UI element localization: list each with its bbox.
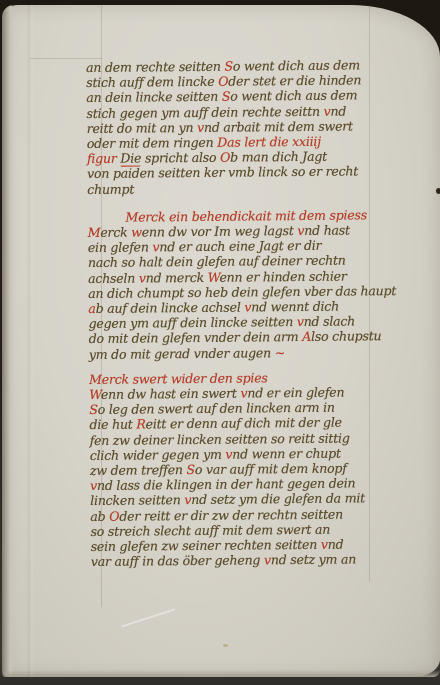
ink-text: gegen ym auff dein lincke seitten <box>88 314 296 331</box>
ink-text: ein glefen <box>88 240 153 256</box>
manuscript-text-line: var auff in das öber geheng vnd setz ym … <box>91 551 407 569</box>
ink-text: nd <box>328 537 344 552</box>
manuscript-text-line: lincken seitten vnd setz ym die glefen d… <box>90 490 406 508</box>
ink-text: an dein lincke seitten <box>86 89 222 105</box>
ink-text: ym do mit gerad vnder augen <box>89 345 275 362</box>
rubric-text: ~ <box>275 345 285 360</box>
ink-text: var auff in das öber geheng <box>91 553 264 570</box>
ink-text: nd er ein glefen <box>247 385 344 401</box>
ink-text: der stet er die hinden <box>228 73 361 89</box>
ink-text: von paiden seitten ker vmb linck so er r… <box>87 164 358 182</box>
ink-text: b auf dein lincke achsel <box>96 300 245 316</box>
page-stack-edge <box>2 5 14 677</box>
ink-text: erck <box>100 225 131 240</box>
ink-text: o var auff mit dem knopf <box>195 461 347 477</box>
ink-text: lincken seitten <box>90 493 184 509</box>
heading-spiess: Merck ein behendickait mit dem spiess <box>125 207 403 225</box>
ink-text: nd slach <box>304 314 355 329</box>
stain-speck <box>436 188 440 194</box>
ink-text: nd wenn er chupt <box>232 445 341 461</box>
ink-text: Die <box>120 151 141 166</box>
ink-text: nd wennt dich <box>251 299 339 315</box>
ink-text: enn er hinden schier <box>219 268 346 284</box>
ink-text: nd hast <box>304 223 350 238</box>
ink-text: b man dich Jagt <box>230 149 327 165</box>
parchment-scratch <box>121 608 175 627</box>
manuscript-text-line: ym do mit gerad vnder augen ~ <box>89 344 405 362</box>
page-bottom-edge <box>2 670 440 677</box>
manuscript-text-line: an dein lincke seitten So went dich aus … <box>86 87 402 105</box>
ink-text: nd <box>330 103 346 118</box>
rubric-text: figur <box>87 151 121 166</box>
manuscript-text-line: chumpt <box>87 179 403 197</box>
ink-text: lso chupstu <box>311 329 381 345</box>
ruling-top <box>30 58 102 59</box>
stain-speck <box>223 644 228 647</box>
ink-text: an dich chumpt so heb dein glefen vber d… <box>88 283 396 301</box>
rubric-text: Das lert die xxiiij <box>217 134 321 150</box>
paragraph-swert-wider-spies: Wenn dw hast ein swert vnd er ein glefen… <box>89 384 407 569</box>
rubric-text: W <box>89 387 101 402</box>
text-block: an dem rechte seitten So went dich aus d… <box>86 57 407 570</box>
ink-text: an dem rechte seitten <box>86 59 225 75</box>
ink-text: die hut <box>89 417 136 432</box>
ink-text: nd er auch eine Jagt er dir <box>159 238 321 255</box>
ink-text: nd merck <box>146 269 208 285</box>
rubric-text: w <box>131 225 142 240</box>
ink-text: achseln <box>88 270 139 285</box>
rubric-text: O <box>218 74 228 89</box>
ink-text: nd arbait mit dem swert <box>204 118 353 134</box>
rubric-text: R <box>136 417 145 432</box>
ink-text: o went dich aus dem <box>230 88 357 104</box>
rubric-text: S <box>222 89 231 104</box>
ink-text: reitt do mit an yn <box>87 120 198 136</box>
ink-text: ab <box>90 508 109 523</box>
ink-text: enn dw hast ein swert <box>101 386 241 402</box>
manuscript-page: an dem rechte seitten So went dich aus d… <box>2 5 440 677</box>
rubric-text: O <box>109 508 119 523</box>
ink-text: nd setz ym die glefen da mit <box>191 491 365 508</box>
ink-text: spricht also <box>141 150 220 166</box>
paragraph-mounted-fencing: an dem rechte seitten So went dich aus d… <box>86 57 403 197</box>
ink-text: stich auff dem lincke <box>86 74 218 90</box>
ink-text: oder mit dem ringen <box>87 135 218 151</box>
manuscript-text-line: do mit dein glefen vnder dein arm Also c… <box>89 328 405 346</box>
manuscript-text-line: Merck ein behendickait mit dem spiess <box>125 207 403 225</box>
ink-text: nd setz ym an <box>271 552 356 568</box>
parchment-crease <box>26 5 34 677</box>
ink-text: o went dich aus dem <box>233 57 360 73</box>
rubric-text: S <box>186 462 195 477</box>
rubric-text: M <box>88 225 101 240</box>
rubric-text: O <box>220 150 230 165</box>
ink-text: do mit dein glefen vnder dein arm <box>89 329 303 346</box>
manuscript-photo: { "meta": { "description": "Photograph o… <box>0 0 440 685</box>
rubric-text: S <box>224 59 233 74</box>
ink-text: eitt er denn auf dich mit der gle <box>146 415 342 432</box>
paragraph-spiess: Merck wenn dw vor Im weg lagst vnd haste… <box>88 222 405 362</box>
rubric-text: W <box>208 269 220 284</box>
rubric-text: Merck swert wider den spies <box>89 370 268 387</box>
ink-text: clich wider gegen ym <box>90 447 226 463</box>
ink-text: enn dw vor Im weg lagst <box>142 223 298 239</box>
manuscript-text-line: von paiden seitten ker vmb linck so er r… <box>87 163 403 181</box>
manuscript-text-line: an dich chumpt so heb dein glefen vber d… <box>88 283 404 301</box>
ink-text: zw dem treffen <box>90 462 187 478</box>
ink-text: chumpt <box>87 181 134 196</box>
